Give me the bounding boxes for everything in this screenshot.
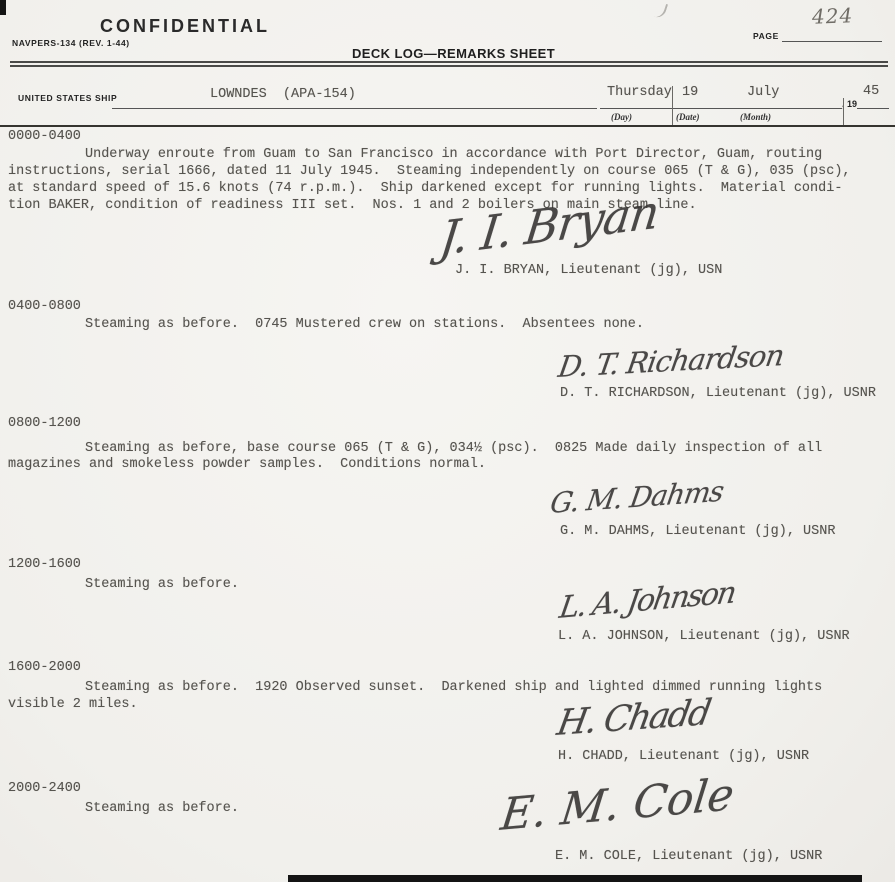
year-prefix: , 19 bbox=[842, 99, 857, 109]
header-double-rule-top bbox=[10, 61, 888, 63]
deck-log-remarks-sheet: CONFIDENTIAL 424 PAGE NAVPERS-134 (REV. … bbox=[0, 0, 895, 882]
month-label: (Month) bbox=[740, 112, 771, 122]
signature-typed: J. I. BRYAN, Lieutenant (jg), USN bbox=[455, 263, 722, 280]
signature-typed: H. CHADD, Lieutenant (jg), USNR bbox=[558, 749, 809, 766]
form-number: NAVPERS-134 (REV. 1-44) bbox=[12, 38, 130, 48]
date-divider-1 bbox=[672, 86, 673, 125]
signature-script: D. T. Richardson bbox=[556, 338, 786, 384]
date-divider-2 bbox=[843, 98, 844, 125]
header-double-rule-bottom bbox=[10, 65, 888, 67]
entry-line: Steaming as before. 0745 Mustered crew o… bbox=[85, 317, 644, 334]
signature-script: E. M. Cole bbox=[498, 769, 737, 841]
entry-line: at standard speed of 15.6 knots (74 r.p.… bbox=[8, 181, 842, 198]
entry-time-range: 1200-1600 bbox=[8, 557, 81, 574]
signature-typed: G. M. DAHMS, Lieutenant (jg), USNR bbox=[560, 524, 835, 541]
date-label: (Date) bbox=[676, 112, 700, 122]
entry-line: visible 2 miles. bbox=[8, 697, 138, 714]
entry-line: Steaming as before. bbox=[85, 801, 239, 818]
date-day-value: Thursday bbox=[607, 85, 672, 102]
date-date-value: 19 bbox=[682, 85, 698, 102]
entry-time-range: 1600-2000 bbox=[8, 660, 81, 677]
scan-artifact-bar bbox=[288, 875, 862, 882]
ship-name-line bbox=[112, 108, 597, 109]
entry-time-range: 0800-1200 bbox=[8, 416, 81, 433]
entry-time-range: 2000-2400 bbox=[8, 781, 81, 798]
year-line bbox=[857, 108, 889, 109]
date-line bbox=[600, 108, 842, 109]
ship-name: LOWNDES (APA-154) bbox=[210, 87, 356, 104]
header-bottom-rule bbox=[0, 125, 895, 127]
day-label: (Day) bbox=[611, 112, 632, 122]
scan-artifact-corner bbox=[0, 0, 6, 15]
entry-line: Underway enroute from Guam to San Franci… bbox=[85, 147, 822, 164]
entry-time-range: 0400-0800 bbox=[8, 299, 81, 316]
signature-typed: L. A. JOHNSON, Lieutenant (jg), USNR bbox=[558, 629, 850, 646]
ship-label: UNITED STATES SHIP bbox=[18, 93, 117, 103]
entry-line: instructions, serial 1666, dated 11 July… bbox=[8, 164, 851, 181]
page-number-handwritten: 424 bbox=[812, 3, 854, 28]
signature-typed: E. M. COLE, Lieutenant (jg), USNR bbox=[555, 849, 822, 866]
page-number-line bbox=[782, 41, 882, 42]
signature-script: L. A. Johnson bbox=[557, 575, 737, 626]
signature-script: G. M. Dahms bbox=[548, 474, 726, 520]
classification-stamp: CONFIDENTIAL bbox=[100, 16, 270, 37]
scan-artifact-speck bbox=[650, 0, 668, 20]
signature-typed: D. T. RICHARDSON, Lieutenant (jg), USNR bbox=[560, 386, 876, 403]
entry-line: Steaming as before, base course 065 (T &… bbox=[85, 441, 822, 458]
date-year-value: 45 bbox=[863, 84, 879, 101]
date-month-value: July bbox=[747, 85, 779, 102]
signature-script: H. Chadd bbox=[554, 693, 713, 744]
entry-line: magazines and smokeless powder samples. … bbox=[8, 457, 486, 474]
entry-time-range: 0000-0400 bbox=[8, 129, 81, 146]
entry-line: Steaming as before. bbox=[85, 577, 239, 594]
page-label: PAGE bbox=[753, 31, 779, 41]
form-title: DECK LOG—REMARKS SHEET bbox=[352, 46, 555, 61]
